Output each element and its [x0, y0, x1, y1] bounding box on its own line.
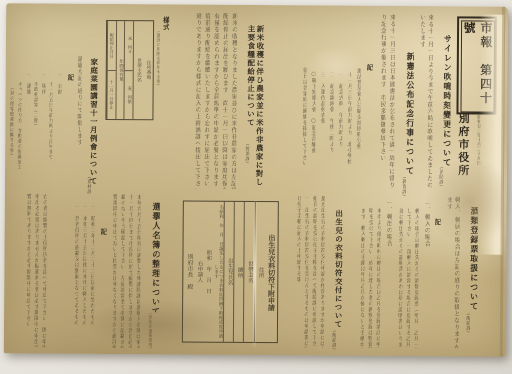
article-body-col: 申出る必要はありませんが疑義ある者は必ず期間中に申出で下さい なほ縦 — [32, 193, 39, 347]
article-body-col: 議題左記の通りにて開催します — [75, 56, 82, 180]
article-body-col: 轉入の場合は轉出先からの酒類登録票（甲片、乙片一括）を持參の上登録 — [412, 208, 419, 348]
article-body-col: 明を受けて下さい 成年に達した者の新規登録は物資購入通帳を持參願ひ — [366, 208, 373, 348]
article-dept-siren: （消防課） — [438, 164, 443, 188]
article-body-col: 載のないやう確認して下さい 左記該當者で名簿に記載されてゐない者は縦 — [118, 194, 125, 348]
list-item: 二、記念講演會 午後二時より — [327, 71, 334, 189]
article-heading-garden: 家庭菜園講習十一月例會について — [89, 58, 98, 186]
list-item: 憲法普及會大分縣支部別府分會 — [354, 68, 361, 188]
article-heading-kenpo: 新憲法公布記念行事について — [404, 52, 414, 176]
form-label: 樣式 — [162, 16, 170, 36]
masthead-publisher: 別府市役所 — [457, 112, 469, 188]
article-body-col: け母子手帳に記入の上申請する事 — [294, 195, 301, 347]
form-field-householder: 世帯主氏名 — [132, 21, 143, 119]
article-heading-election: 選擧人名簿の整理について — [150, 202, 160, 312]
masthead-date: 昭和廿二年十月二十九日 — [475, 115, 480, 181]
list-item: 三、入選作品發表會 — [318, 71, 325, 189]
list-item: 一、場所 — [39, 71, 46, 181]
article-body-col: 覽は無料でありますから必ず期間中に申出で下さい — [24, 193, 31, 347]
article-body-col: 來る十一月一日より今まで午前六時に吹鳴してゐましたのを午前七時に變更 — [425, 14, 433, 188]
birth-form-title: 出生兒衣料切符下附申請 — [264, 202, 278, 342]
masthead-box: 市報 第四十號 — [456, 16, 497, 114]
list-item: 一、轉出の場合 — [384, 200, 391, 264]
ration-form: 住所番地 世帯主氏名 米 何斗 麦 何俵 年間保有量 配給停止月日 十一月一日停… — [105, 20, 154, 120]
masthead-inner-border: 市報 第四十號 — [460, 20, 495, 112]
article-body-col: 最近出生兒の衣料切符交付申請が相當ありますが申請には左記樣式により隣 — [318, 195, 325, 347]
article-heading-siren: サイレン吹鳴時刻變更について — [441, 34, 451, 166]
article-body-col: 本年九月十五日現在に調製した衆議院議員選擧人名簿は來る十一月一日より — [134, 194, 141, 348]
form-note: （適宜の用紙を利用する事） — [154, 28, 159, 116]
article-body-col: 一、出生兒の衣料切符交付を受けんとするものは申請書に隣組長の證明を受 — [302, 195, 309, 347]
scanned-bulletin-paper: 市報 第四十號 （大分縣） 昭和廿二年十月二十九日 別府市役所 サイレン吹鳴時刻… — [4, 3, 508, 356]
list-item: ○縣下短歌大會 ○記念音樂會 — [309, 71, 316, 189]
article-body-col: 組長の證明を受け母子手帳を添へて配給課に申請して下さい — [310, 195, 317, 347]
list-item: 一、記念式典 午前九時より — [336, 72, 343, 190]
list-marker-ki: 記 — [67, 74, 74, 86]
article-heading-rice-line1: 新米收穫に伴ひ農家並に米作非農家に對し — [255, 25, 264, 187]
article-dept-sake: （配給課） — [465, 310, 470, 332]
list-item: 一、日時 — [55, 72, 62, 182]
article-dept-election: （別府市選擧管理委員會） — [147, 310, 152, 348]
article-dept-birth: （配給課） — [331, 328, 336, 350]
list-item: 一、本年三月十五日以後に本市に轉入したもの — [80, 204, 87, 338]
article-body-col: 從前通り配給を繼續いたしますから忘れずに届出で下さい 停止月日は左の — [202, 13, 210, 189]
article-body-col: 轉入、轉居の場合は左記の通りの取扱となりますから甲乙兩票の上申請願ひ — [452, 196, 460, 348]
top-section: 市報 第四十號 （大分縣） 昭和廿二年十月二十九日 別府市役所 サイレン吹鳴時刻… — [5, 9, 506, 190]
list-marker-ki: 記 — [100, 228, 107, 240]
article-heading-birth: 出生兒の衣料切符交付について — [334, 210, 343, 328]
article-body-col: 來る十一月三日は日本國憲法が公布されて滿一周年に當りますので左記の通 — [387, 14, 395, 188]
list-item-sub: （其の他家庭菜園に關する事） — [8, 85, 14, 185]
article-body-col: 十一月十四日まで市役所に於て縦覽に供しますから各自必ず縦覽の上脱漏誤 — [126, 194, 133, 348]
article-body-col: して下さい 一部轉入に該當する場合は登録する乙片に記入してある甲片 — [404, 208, 411, 348]
list-item-sub: 十一月五日午前九時より正午まで — [47, 82, 53, 186]
list-marker-ki: 記 — [366, 64, 373, 76]
article-body-col: ます 轉入轉出の手續は甲片乙片が揃はないと手續が出來ません — [358, 208, 365, 348]
article-body-col: 覽期間中に申出でないと投票が出來なくなりますから御注意下さい — [110, 194, 117, 348]
article-body-col: 並に轉出先からの證明書があれば別に證明書はいりません — [396, 208, 403, 348]
list-item: 十一月三日午前九時より 北小學校 — [345, 72, 352, 190]
article-body-col: り記念行事が催されます 市民多數御參加下さい — [378, 14, 386, 188]
article-body-col: 通りでありますから樣式に記入の上經濟課へ提出して下さい — [193, 13, 201, 189]
article-heading-sake: 酒類登録票取扱について — [468, 206, 478, 310]
list-item: 一、議題 — [24, 71, 31, 181]
article-dept-rice: （經濟課） — [244, 141, 249, 165]
article-body-col: 配給停止の届出を願ひます 尚十一月一日以降は家庭用保有米として年間保 — [220, 13, 228, 189]
list-item: 一、轉入の場合 — [422, 200, 429, 264]
article-body-col: 有量を認められますから全員規準の申請が必要となります 届出のない方は — [211, 13, 219, 189]
birth-form-statement: 右昭和 年 月 日誕生したるにつき衣料切符御下附相成度申請します — [211, 202, 224, 342]
masthead-title: 市報 第四十號 — [460, 21, 495, 111]
article-heading-rice-line2: 主要食糧配給停止について — [246, 25, 255, 137]
list-item-sub: キャベツの作り方 冬野菜の貯藏加工 — [16, 81, 22, 185]
list-item-sub: 市政相談室（二階） — [32, 81, 38, 185]
bottom-section: 酒類登録票取扱について （配給課） 轉入、轉居の場合は左記の通りの取扱となります… — [4, 191, 505, 352]
form-field-address: 住所番地 — [143, 21, 153, 119]
list-item: 一、昭和二年十二月二十二日以前に生れたもの — [88, 204, 95, 338]
article-body-col: 本市より他市町村に轉出の場合は乙片を登録酒店に申出でて甲片に轉出證 — [374, 208, 381, 348]
article-body-col: いたします — [418, 14, 425, 58]
article-body-col: 新米の收穫となりました農家並びに米作非農家の方は左記樣式により速かに — [229, 13, 237, 189]
article-body-col: ます — [445, 196, 452, 218]
birth-application-form: 出生兒衣料切符下附申請 住所 世帯主名 續柄 出生兒氏名 右昭和 年 月 日誕生… — [182, 200, 279, 343]
list-item: 當日は各家庭に國旗を掲揚して下さい — [300, 67, 307, 189]
list-marker-ki: 記 — [434, 218, 441, 230]
list-item: 一、氏名住所の誤載又は脱漏となつてゐるもの — [72, 204, 79, 338]
article-body-col: 右の者は縦覽の上住所氏名を添へて申出で下さい 既に申出でた者は重ねて — [40, 193, 47, 347]
